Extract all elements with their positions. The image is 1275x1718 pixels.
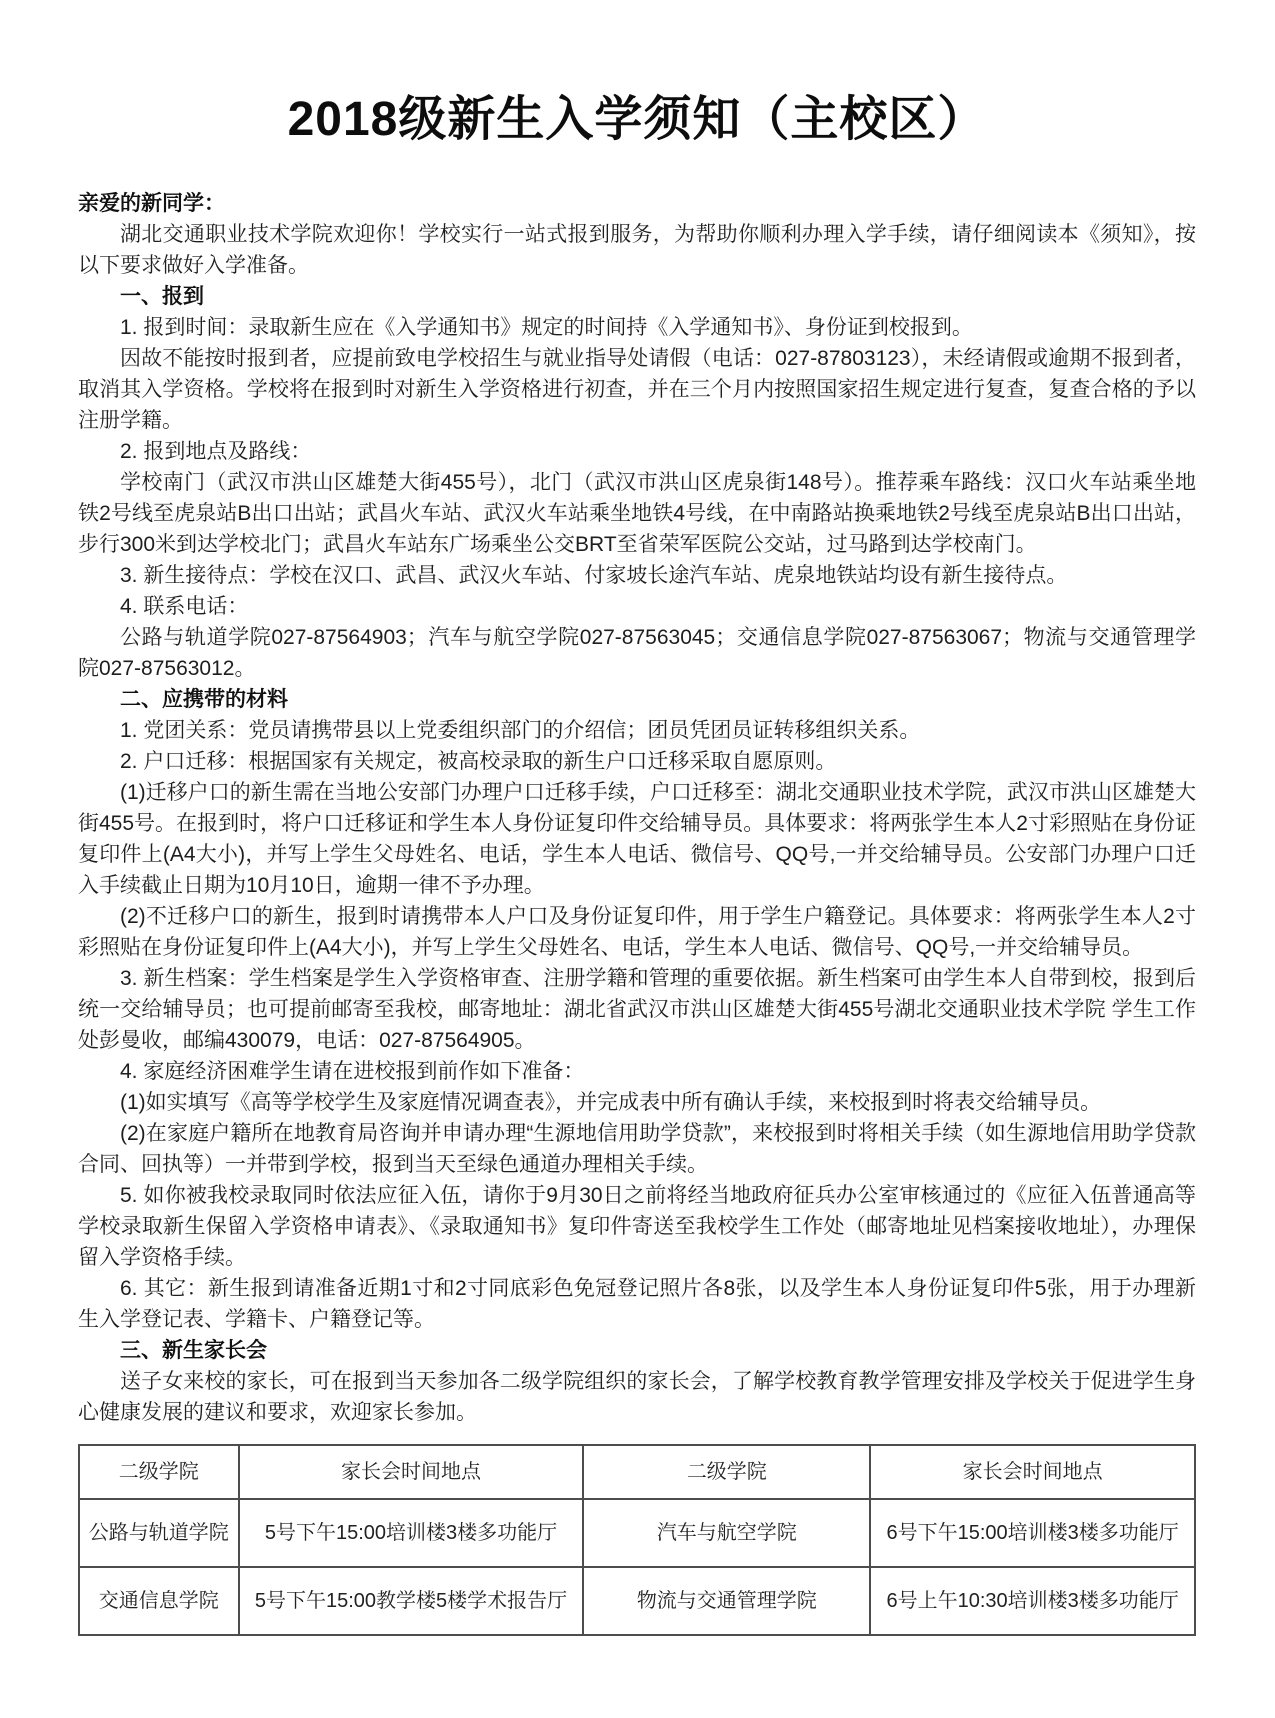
section3-heading: 三、新生家长会	[78, 1335, 1196, 1366]
table-cell: 公路与轨道学院	[79, 1499, 239, 1567]
greeting-line: 亲爱的新同学：	[78, 188, 1196, 219]
table-cell: 交通信息学院	[79, 1567, 239, 1635]
section2-paragraph-7: (1)如实填写《高等学校学生及家庭情况调查表》，并完成表中所有确认手续，来校报到…	[78, 1087, 1196, 1118]
section1-paragraph-6: 4. 联系电话：	[78, 591, 1196, 622]
section2-paragraph-1: 1. 党团关系：党员请携带县以上党委组织部门的介绍信；团员凭团员证转移组织关系。	[78, 715, 1196, 746]
section1-paragraph-3: 2. 报到地点及路线：	[78, 436, 1196, 467]
section2-paragraph-5: 3. 新生档案：学生档案是学生入学资格审查、注册学籍和管理的重要依据。新生档案可…	[78, 963, 1196, 1056]
table-cell: 物流与交通管理学院	[583, 1567, 870, 1635]
section1-heading: 一、报到	[78, 281, 1196, 312]
table-cell: 6号下午15:00培训楼3楼多功能厅	[870, 1499, 1195, 1567]
table-header-college-1: 二级学院	[79, 1445, 239, 1499]
section2-paragraph-8: (2)在家庭户籍所在地教育局咨询并申请办理“生源地信用助学贷款”，来校报到时将相…	[78, 1118, 1196, 1180]
section2-paragraph-10: 6. 其它：新生报到请准备近期1寸和2寸同底彩色免冠登记照片各8张，以及学生本人…	[78, 1273, 1196, 1335]
table-header-meeting-2: 家长会时间地点	[870, 1445, 1195, 1499]
section1-paragraph-7: 公路与轨道学院027-87564903；汽车与航空学院027-87563045；…	[78, 622, 1196, 684]
section2-paragraph-2: 2. 户口迁移：根据国家有关规定，被高校录取的新生户口迁移采取自愿原则。	[78, 746, 1196, 777]
intro-paragraph: 湖北交通职业技术学院欢迎你！学校实行一站式报到服务，为帮助你顺利办理入学手续，请…	[78, 219, 1196, 281]
section1-paragraph-5: 3. 新生接待点：学校在汉口、武昌、武汉火车站、付家坡长途汽车站、虎泉地铁站均设…	[78, 560, 1196, 591]
table-header-row: 二级学院 家长会时间地点 二级学院 家长会时间地点	[79, 1445, 1195, 1499]
document-body: 亲爱的新同学： 湖北交通职业技术学院欢迎你！学校实行一站式报到服务，为帮助你顺利…	[78, 188, 1196, 1636]
section1-paragraph-1: 1. 报到时间：录取新生应在《入学通知书》规定的时间持《入学通知书》、身份证到校…	[78, 312, 1196, 343]
table-row: 公路与轨道学院 5号下午15:00培训楼3楼多功能厅 汽车与航空学院 6号下午1…	[79, 1499, 1195, 1567]
table-cell: 5号下午15:00培训楼3楼多功能厅	[239, 1499, 584, 1567]
section1-paragraph-4: 学校南门（武汉市洪山区雄楚大街455号），北门（武汉市洪山区虎泉街148号）。推…	[78, 467, 1196, 560]
table-row: 交通信息学院 5号下午15:00教学楼5楼学术报告厅 物流与交通管理学院 6号上…	[79, 1567, 1195, 1635]
document-page: 2018级新生入学须知（主校区） 亲爱的新同学： 湖北交通职业技术学院欢迎你！学…	[0, 0, 1275, 1718]
table-cell: 6号上午10:30培训楼3楼多功能厅	[870, 1567, 1195, 1635]
table-header-college-2: 二级学院	[583, 1445, 870, 1499]
section1-paragraph-2: 因故不能按时报到者，应提前致电学校招生与就业指导处请假（电话：027-87803…	[78, 343, 1196, 436]
section3-paragraph-1: 送子女来校的家长，可在报到当天参加各二级学院组织的家长会，了解学校教育教学管理安…	[78, 1366, 1196, 1428]
table-cell: 汽车与航空学院	[583, 1499, 870, 1567]
section2-paragraph-6: 4. 家庭经济困难学生请在进校报到前作如下准备：	[78, 1056, 1196, 1087]
section2-paragraph-3: (1)迁移户口的新生需在当地公安部门办理户口迁移手续，户口迁移至：湖北交通职业技…	[78, 777, 1196, 901]
section2-paragraph-4: (2)不迁移户口的新生，报到时请携带本人户口及身份证复印件，用于学生户籍登记。具…	[78, 901, 1196, 963]
table-cell: 5号下午15:00教学楼5楼学术报告厅	[239, 1567, 584, 1635]
document-title: 2018级新生入学须知（主校区）	[78, 92, 1196, 148]
section2-heading: 二、应携带的材料	[78, 684, 1196, 715]
section2-paragraph-9: 5. 如你被我校录取同时依法应征入伍，请你于9月30日之前将经当地政府征兵办公室…	[78, 1180, 1196, 1273]
parent-meeting-table: 二级学院 家长会时间地点 二级学院 家长会时间地点 公路与轨道学院 5号下午15…	[78, 1444, 1196, 1636]
table-header-meeting-1: 家长会时间地点	[239, 1445, 584, 1499]
